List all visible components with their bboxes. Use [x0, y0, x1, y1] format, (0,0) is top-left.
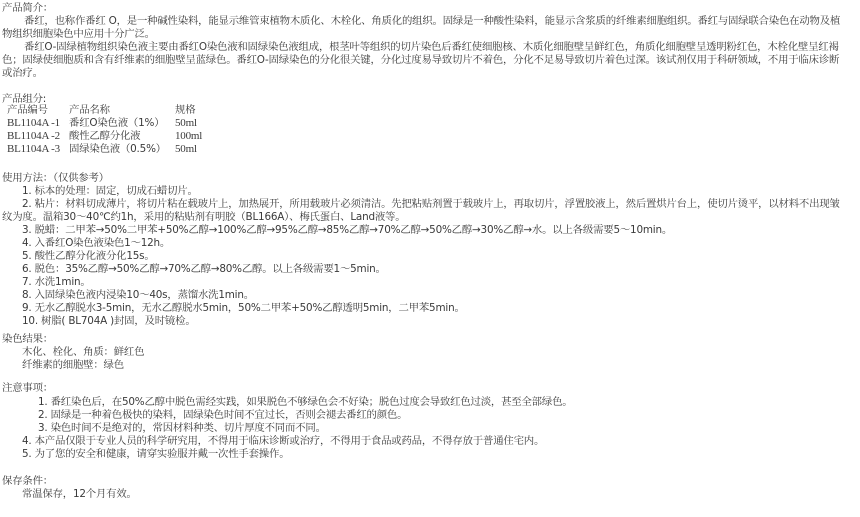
method-step: 4. 入番红O染色液染色1～12h。: [22, 237, 170, 249]
intro-paragraph-line: 色；固绿使细胞质和含有纤维素的细胞壁呈蓝绿色。番红O-固绿染色的分化很关键，分化…: [2, 54, 839, 66]
cell-name: 番红O染色液（1%）: [69, 117, 164, 130]
method-step: 纹为度。温箱30～40℃约1h，采用的粘贴剂有明胶（BL166A）、梅氏蛋白、L…: [2, 211, 405, 223]
storage-text: 常温保存，12个月有效。: [22, 488, 137, 500]
note-item: 2. 固绿是一种着色极快的染料，固绿染色时间不宜过长，否则会褪去番红的颜色。: [38, 409, 407, 421]
result-item: 纤维素的细胞壁：绿色: [22, 359, 124, 371]
column-header-name: 产品名称: [69, 104, 110, 117]
method-heading: 使用方法：（仅供参考）: [2, 172, 109, 184]
cell-name: 固绿染色液（0.5%）: [69, 143, 166, 156]
note-item: 1. 番红染色后，在50%乙醇中脱色需经实践，如果脱色不够绿色会不好染；脱色过度…: [38, 396, 572, 408]
note-item: 3. 染色时间不是绝对的，常因材料种类、切片厚度不同而不同。: [38, 422, 326, 434]
method-step: 2. 粘片：材料切成薄片，将切片粘在载玻片上，加热展开，所用载玻片必须清洁。先把…: [22, 198, 840, 210]
method-step: 9. 无水乙醇脱水3-5min，无水乙醇脱水5min，50%二甲苯+50%乙醇透…: [22, 302, 465, 314]
method-step: 7. 水洗1min。: [22, 276, 91, 288]
results-heading: 染色结果：: [2, 333, 53, 345]
intro-paragraph-line: 番红O-固绿植物组织染色液主要由番红O染色液和固绿染色液组成，根茎叶等组织的切片…: [24, 41, 839, 53]
method-step: 3. 脱蜡：二甲苯→50%二甲苯+50%乙醇→100%乙醇→95%乙醇→85%乙…: [22, 224, 672, 236]
intro-paragraph-line: 物组织细胞染色中应用十分广泛。: [2, 28, 155, 40]
method-step: 1. 标本的处理：固定，切成石蜡切片。: [22, 185, 198, 197]
method-step: 10. 树脂( BL704A )封固，及时镜检。: [22, 315, 196, 327]
method-step: 6. 脱色：35%乙醇→50%乙醇→70%乙醇→80%乙醇。以上各级需要1～5m…: [22, 263, 386, 275]
intro-heading: 产品简介：: [2, 2, 53, 14]
intro-paragraph-line: 番红，也称作番红 O，是一种碱性染料，能显示维管束植物木质化、木栓化、角质化的组…: [24, 15, 840, 27]
column-header-spec: 规格: [175, 104, 195, 117]
intro-paragraph-line: 或治疗。: [2, 67, 43, 79]
storage-heading: 保存条件：: [2, 475, 53, 487]
cell-spec: 50ml: [175, 143, 197, 156]
cell-code: BL1104A -2: [7, 130, 60, 143]
cell-spec: 100ml: [175, 130, 202, 143]
method-step: 5. 酸性乙醇分化液分化15s。: [22, 250, 155, 262]
cell-code: BL1104A -3: [7, 143, 60, 156]
method-step: 8. 入固绿染色液内浸染10～40s，蒸馏水洗1min。: [22, 289, 254, 301]
cell-spec: 50ml: [175, 117, 197, 130]
result-item: 木化、栓化、角质：鲜红色: [22, 346, 144, 358]
cell-code: BL1104A -1: [7, 117, 60, 130]
notes-heading: 注意事项：: [2, 382, 53, 394]
column-header-code: 产品编号: [7, 104, 48, 117]
cell-name: 酸性乙醇分化液: [69, 130, 140, 143]
note-item: 4. 本产品仅限于专业人员的科学研究用，不得用于临床诊断或治疗，不得用于食品或药…: [22, 435, 544, 447]
note-item: 5. 为了您的安全和健康，请穿实验服并戴一次性手套操作。: [22, 448, 289, 460]
